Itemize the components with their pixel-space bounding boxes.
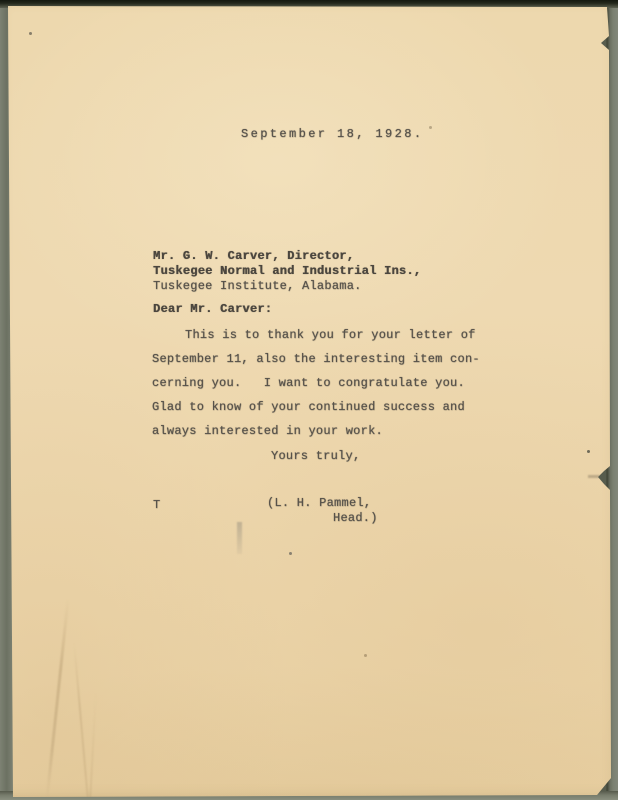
signature-title: Head.)	[333, 512, 378, 525]
paper-smudge	[237, 522, 242, 554]
date-line: September 18, 1928.	[241, 128, 423, 141]
paper-speck	[429, 126, 432, 129]
body-line: always interested in your work.	[152, 425, 383, 438]
body-line: cerning you. I want to congratulate you.	[152, 377, 465, 390]
paper-speck	[29, 32, 32, 35]
address-line-institution: Tuskegee Normal and Industrial Ins.,	[153, 265, 421, 278]
tear-crease	[588, 475, 600, 478]
salutation: Dear Mr. Carver:	[153, 303, 272, 316]
paper-speck	[587, 450, 590, 453]
body-line: Glad to know of your continued success a…	[152, 401, 465, 414]
body-line: This is to thank you for your letter of	[185, 329, 476, 342]
paper-crease	[73, 642, 89, 800]
closing: Yours truly,	[271, 450, 360, 463]
paper-speck	[289, 552, 292, 555]
paper-crease	[45, 598, 69, 799]
letter-paper: September 18, 1928. Mr. G. W. Carver, Di…	[0, 0, 618, 800]
scanned-letter-page: September 18, 1928. Mr. G. W. Carver, Di…	[0, 0, 618, 800]
address-line-recipient: Mr. G. W. Carver, Director,	[153, 250, 354, 263]
paper-speck	[364, 654, 367, 657]
typist-initial: T	[153, 499, 160, 512]
address-line-location: Tuskegee Institute, Alabama.	[153, 280, 362, 293]
body-line: September 11, also the interesting item …	[152, 353, 480, 366]
signature-name: (L. H. Pammel,	[267, 497, 371, 510]
paper-crease	[89, 692, 97, 800]
